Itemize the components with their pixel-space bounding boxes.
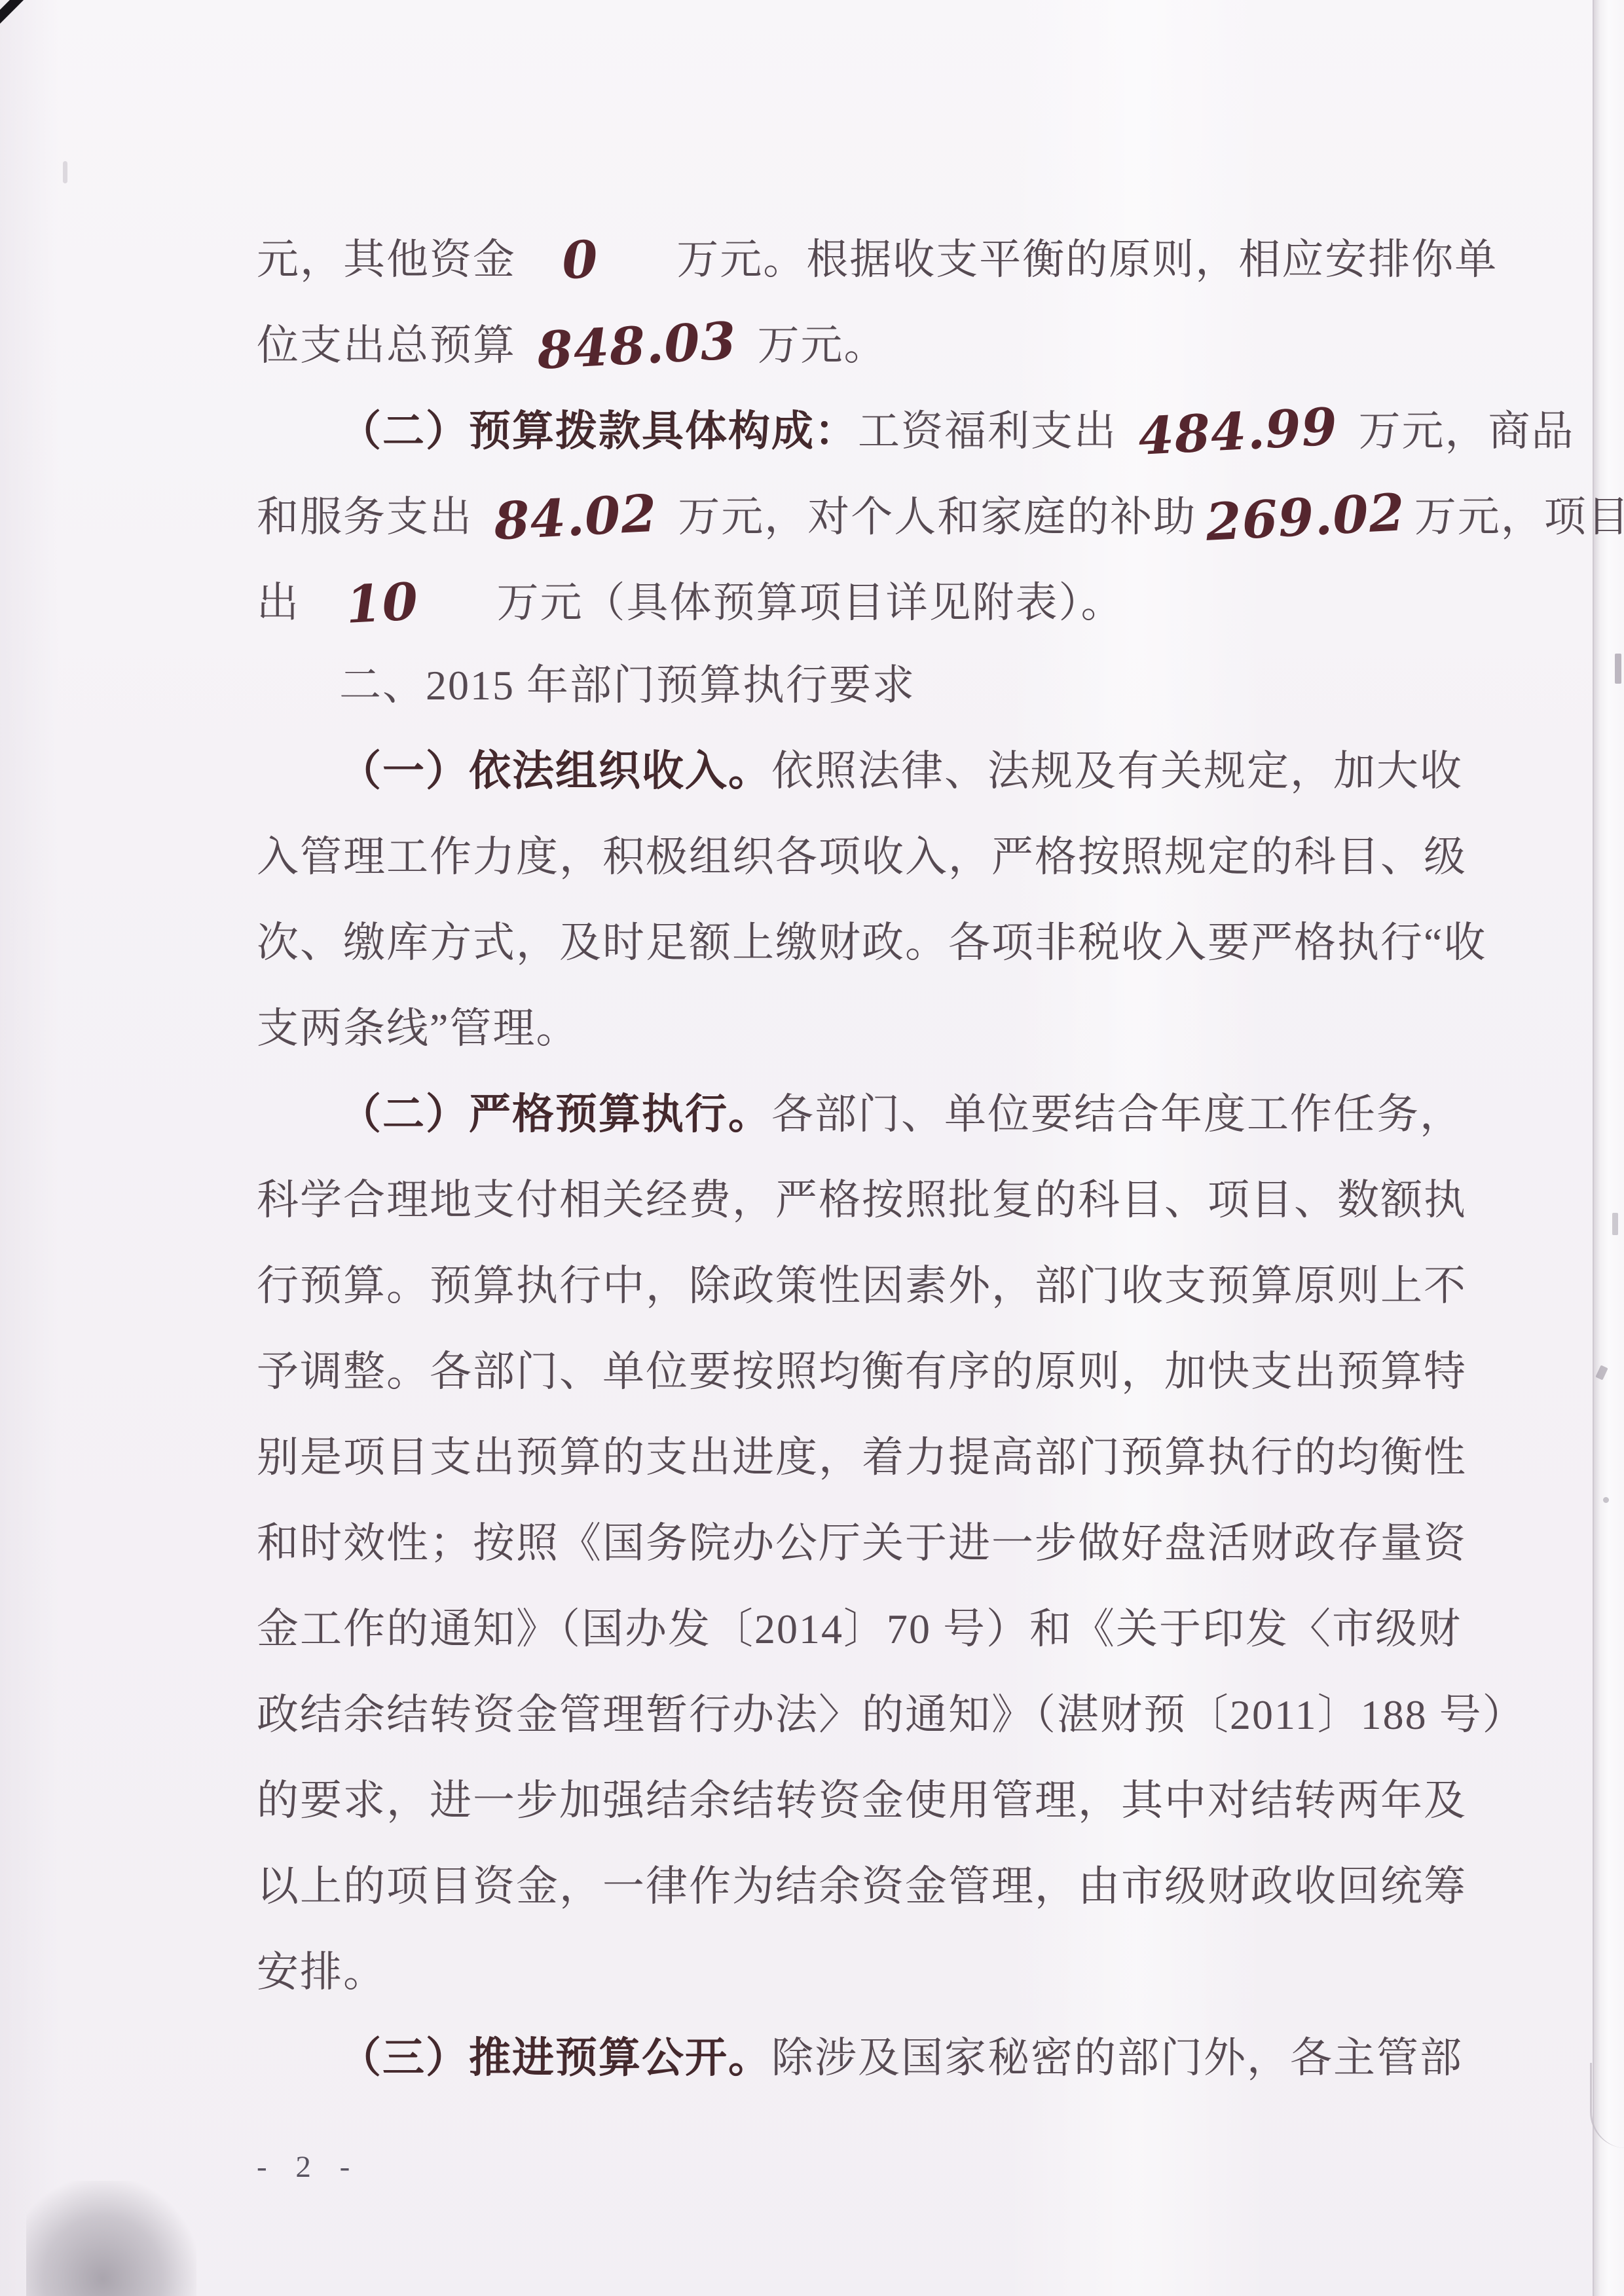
body-text: 以上的项目资金，一律作为结余资金管理，由市级财政收回统筹 [257, 1863, 1467, 1910]
body-text: 各部门、单位要结合年度工作任务， [771, 1091, 1463, 1138]
body-text: 予调整。各部门、单位要按照均衡有序的原则，加快支出预算特 [257, 1348, 1467, 1395]
body-text: 别是项目支出预算的支出进度，着力提高部门预算执行的均衡性 [257, 1434, 1467, 1481]
body-text: 次、缴库方式，及时足额上缴财政。各项非税收入要严格执行“收 [257, 919, 1486, 966]
body-text: 政结余结转资金管理暂行办法〉的通知》（湛财预〔2011〕188 号） [257, 1692, 1526, 1738]
body-text: 行预算。预算执行中，除政策性因素外，部门收支预算原则上不 [257, 1263, 1467, 1309]
text-line: （二）严格预算执行。各部门、单位要结合年度工作任务， [257, 1091, 1486, 1177]
text-line: 次、缴库方式，及时足额上缴财政。各项非税收入要严格执行“收 [257, 919, 1486, 1005]
body-text: 万元。 [746, 322, 887, 369]
page-number: - 2 - [257, 2149, 360, 2185]
handwritten-value: 84.02 [493, 491, 659, 546]
body-text: 的要求，进一步加强结余结转资金使用管理，其中对结转两年及 [257, 1777, 1467, 1824]
text-line: 政结余结转资金管理暂行办法〉的通知》（湛财预〔2011〕188 号） [257, 1692, 1486, 1777]
text-line: 别是项目支出预算的支出进度，着力提高部门预算执行的均衡性 [257, 1434, 1486, 1520]
text-line: 元，其他资金0万元。根据收支平衡的原则，相应安排你单 [257, 233, 1486, 319]
body-text: 位支出总预算 [257, 322, 528, 369]
text-line: 行预算。预算执行中，除政策性因素外，部门收支预算原则上不 [257, 1263, 1486, 1348]
page-fold-edge [1593, 0, 1624, 2296]
handwritten-value: 10 [345, 578, 420, 629]
body-text: 二、2015 年部门预算执行要求 [339, 662, 915, 709]
body-text: 安排。 [257, 1949, 386, 1995]
text-line: 安排。 [257, 1949, 1486, 2035]
body-text: 依照法律、法规及有关规定，加大收 [771, 748, 1463, 794]
body-text: 支两条线”管理。 [257, 1005, 579, 1052]
text-line: （三）推进预算公开。除涉及国家秘密的部门外，各主管部 [257, 2035, 1486, 2120]
document-text-block: 元，其他资金0万元。根据收支平衡的原则，相应安排你单位支出总预算 848.03 … [257, 233, 1486, 2120]
handwritten-value: 0 [561, 236, 599, 286]
text-line: 和时效性；按照《国务院办公厅关于进一步做好盘活财政存量资 [257, 1520, 1486, 1606]
text-line: 金工作的通知》（国办发〔2014〕70 号）和《关于印发〈市级财 [257, 1606, 1486, 1692]
body-text: 和服务支出 [257, 494, 485, 540]
scan-speck [63, 161, 67, 183]
text-line: 出10万元（具体预算项目详见附表）。 [257, 576, 1486, 662]
bold-heading-text: （一）依法组织收入。 [339, 748, 771, 794]
text-line: 和服务支出 84.02 万元，对个人和家庭的补助269.02万元，项目支 [257, 491, 1486, 576]
text-line: 以上的项目资金，一律作为结余资金管理，由市级财政收回统筹 [257, 1863, 1486, 1949]
body-text: 万元。根据收支平衡的原则，相应安排你单 [676, 236, 1498, 283]
bold-heading-text: （二）严格预算执行。 [339, 1091, 771, 1138]
handwritten-value: 848.03 [536, 318, 738, 375]
body-text: 元，其他资金 [257, 236, 516, 283]
text-line: 予调整。各部门、单位要按照均衡有序的原则，加快支出预算特 [257, 1348, 1486, 1434]
text-line: 支两条线”管理。 [257, 1005, 1486, 1091]
text-line: 科学合理地支付相关经费，严格按照批复的科目、项目、数额执 [257, 1177, 1486, 1263]
text-line: 二、2015 年部门预算执行要求 [257, 662, 1486, 748]
body-text: 入管理工作力度，积极组织各项收入，严格按照规定的科目、级 [257, 834, 1467, 880]
body-text: 金工作的通知》（国办发〔2014〕70 号）和《关于印发〈市级财 [257, 1606, 1462, 1652]
body-text: 万元（具体预算项目详见附表）。 [497, 580, 1124, 626]
scan-speck [1612, 1213, 1618, 1235]
handwritten-value: 484.99 [1137, 403, 1339, 461]
bold-heading-text: （二）预算拨款具体构成： [339, 408, 858, 454]
scan-speck [1603, 1497, 1609, 1503]
text-line: 入管理工作力度，积极组织各项收入，严格按照规定的科目、级 [257, 834, 1486, 919]
body-text: 万元，项目支 [1414, 494, 1624, 540]
body-text: 出 [257, 580, 300, 626]
body-text: 万元，对个人和家庭的补助 [666, 494, 1196, 540]
scan-speck [1615, 654, 1621, 684]
text-line: 位支出总预算 848.03 万元。 [257, 319, 1486, 405]
body-text: 工资福利支出 [858, 408, 1129, 454]
text-line: （二）预算拨款具体构成：工资福利支出 484.99 万元，商品 [257, 405, 1486, 491]
text-line: 的要求，进一步加强结余结转资金使用管理，其中对结转两年及 [257, 1777, 1486, 1863]
body-text: 万元，商品 [1347, 408, 1575, 454]
text-line: （一）依法组织收入。依照法律、法规及有关规定，加大收 [257, 748, 1486, 834]
handwritten-value: 269.02 [1205, 489, 1407, 547]
body-text: 和时效性；按照《国务院办公厅关于进一步做好盘活财政存量资 [257, 1520, 1467, 1566]
bold-heading-text: （三）推进预算公开。 [339, 2035, 771, 2081]
body-text: 除涉及国家秘密的部门外，各主管部 [771, 2035, 1463, 2081]
scan-smudge-artifact [26, 2181, 196, 2296]
scanned-document-page: { "page": { "number_label": "- 2 -" }, "… [0, 0, 1624, 2296]
body-text: 科学合理地支付相关经费，严格按照批复的科目、项目、数额执 [257, 1177, 1467, 1223]
